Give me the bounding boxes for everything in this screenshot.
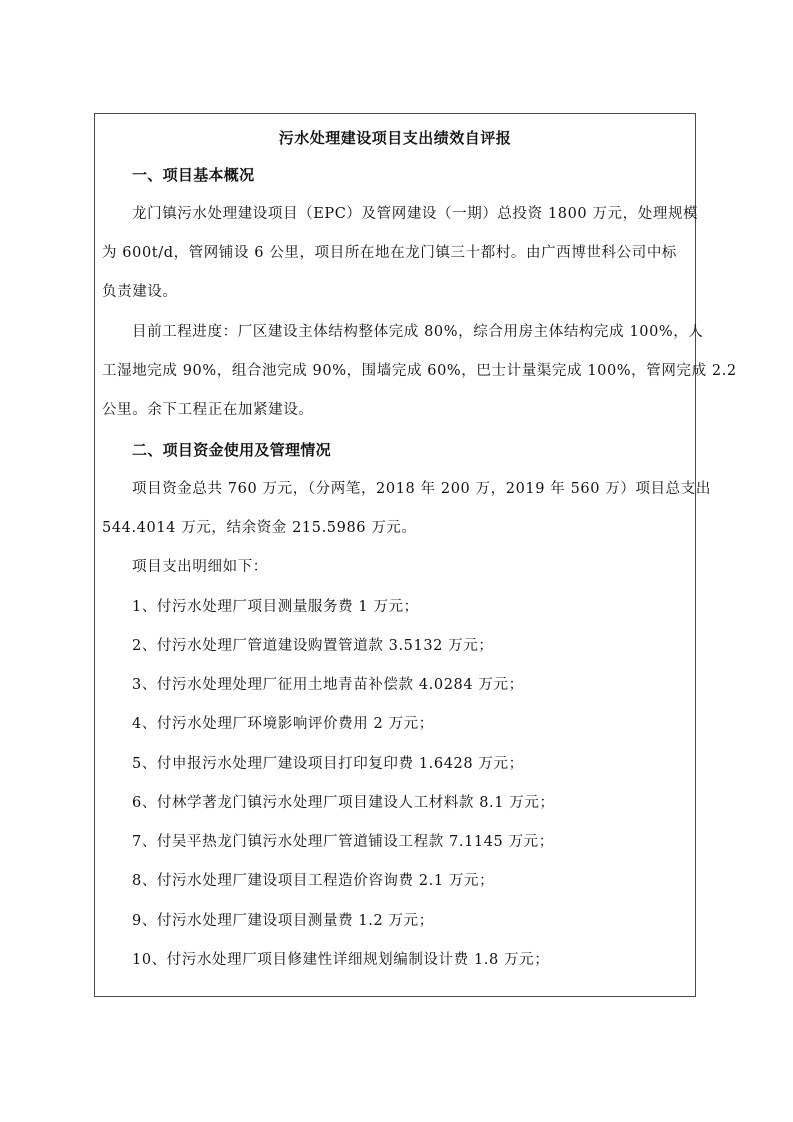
expense-item: 1、付污水处理厂项目测量服务费 1 万元；: [132, 597, 419, 617]
detail-intro: 项目支出明细如下：: [132, 557, 268, 577]
expense-item: 4、付污水处理厂环境影响评价费用 2 万元；: [132, 714, 434, 734]
expense-item: 7、付吴平热龙门镇污水处理厂管道铺设工程款 7.1145 万元；: [132, 832, 554, 852]
section2-para1-line1: 项目资金总共 760 万元，（分两笔，2018 年 200 万，2019 年 5…: [132, 479, 711, 499]
expense-item: 6、付林学著龙门镇污水处理厂项目建设人工材料款 8.1 万元；: [132, 793, 555, 813]
expense-item: 2、付污水处理厂管道建设购置管道款 3.5132 万元；: [132, 636, 493, 656]
document-title: 污水处理建设项目支出绩效自评报: [95, 127, 695, 148]
section1-para2-line1: 目前工程进度：厂区建设主体结构整体完成 80%，综合用房主体结构完成 100%，…: [132, 322, 704, 342]
section1-heading: 一、项目基本概况: [132, 165, 254, 185]
section1-para1-line2: 为 600t/d，管网铺设 6 公里，项目所在地在龙门镇三十都村。由广西博世科公…: [102, 243, 677, 263]
expense-item: 8、付污水处理厂建设项目工程造价咨询费 2.1 万元；: [132, 871, 494, 891]
section1-para2-line2: 工湿地完成 90%，组合池完成 90%，围墙完成 60%，巴士计量渠完成 100…: [102, 361, 737, 381]
section1-para1-line3: 负责建设。: [102, 282, 178, 302]
report-frame: 污水处理建设项目支出绩效自评报 一、项目基本概况 龙门镇污水处理建设项目（EPC…: [94, 113, 696, 997]
expense-item: 3、付污水处理处理厂征用土地青苗补偿款 4.0284 万元；: [132, 675, 524, 695]
expense-item: 5、付申报污水处理厂建设项目打印复印费 1.6428 万元；: [132, 754, 524, 774]
section2-para1-line2: 544.4014 万元，结余资金 215.5986 万元。: [102, 518, 417, 538]
section1-para2-line3: 公里。余下工程正在加紧建设。: [102, 400, 313, 420]
section1-para1-line1: 龙门镇污水处理建设项目（EPC）及管网建设（一期）总投资 1800 万元，处理规…: [132, 204, 698, 224]
expense-item: 10、付污水处理厂项目修建性详细规划编制设计费 1.8 万元；: [132, 950, 549, 970]
expense-item: 9、付污水处理厂建设项目测量费 1.2 万元；: [132, 911, 434, 931]
section2-heading: 二、项目资金使用及管理情况: [132, 440, 331, 460]
